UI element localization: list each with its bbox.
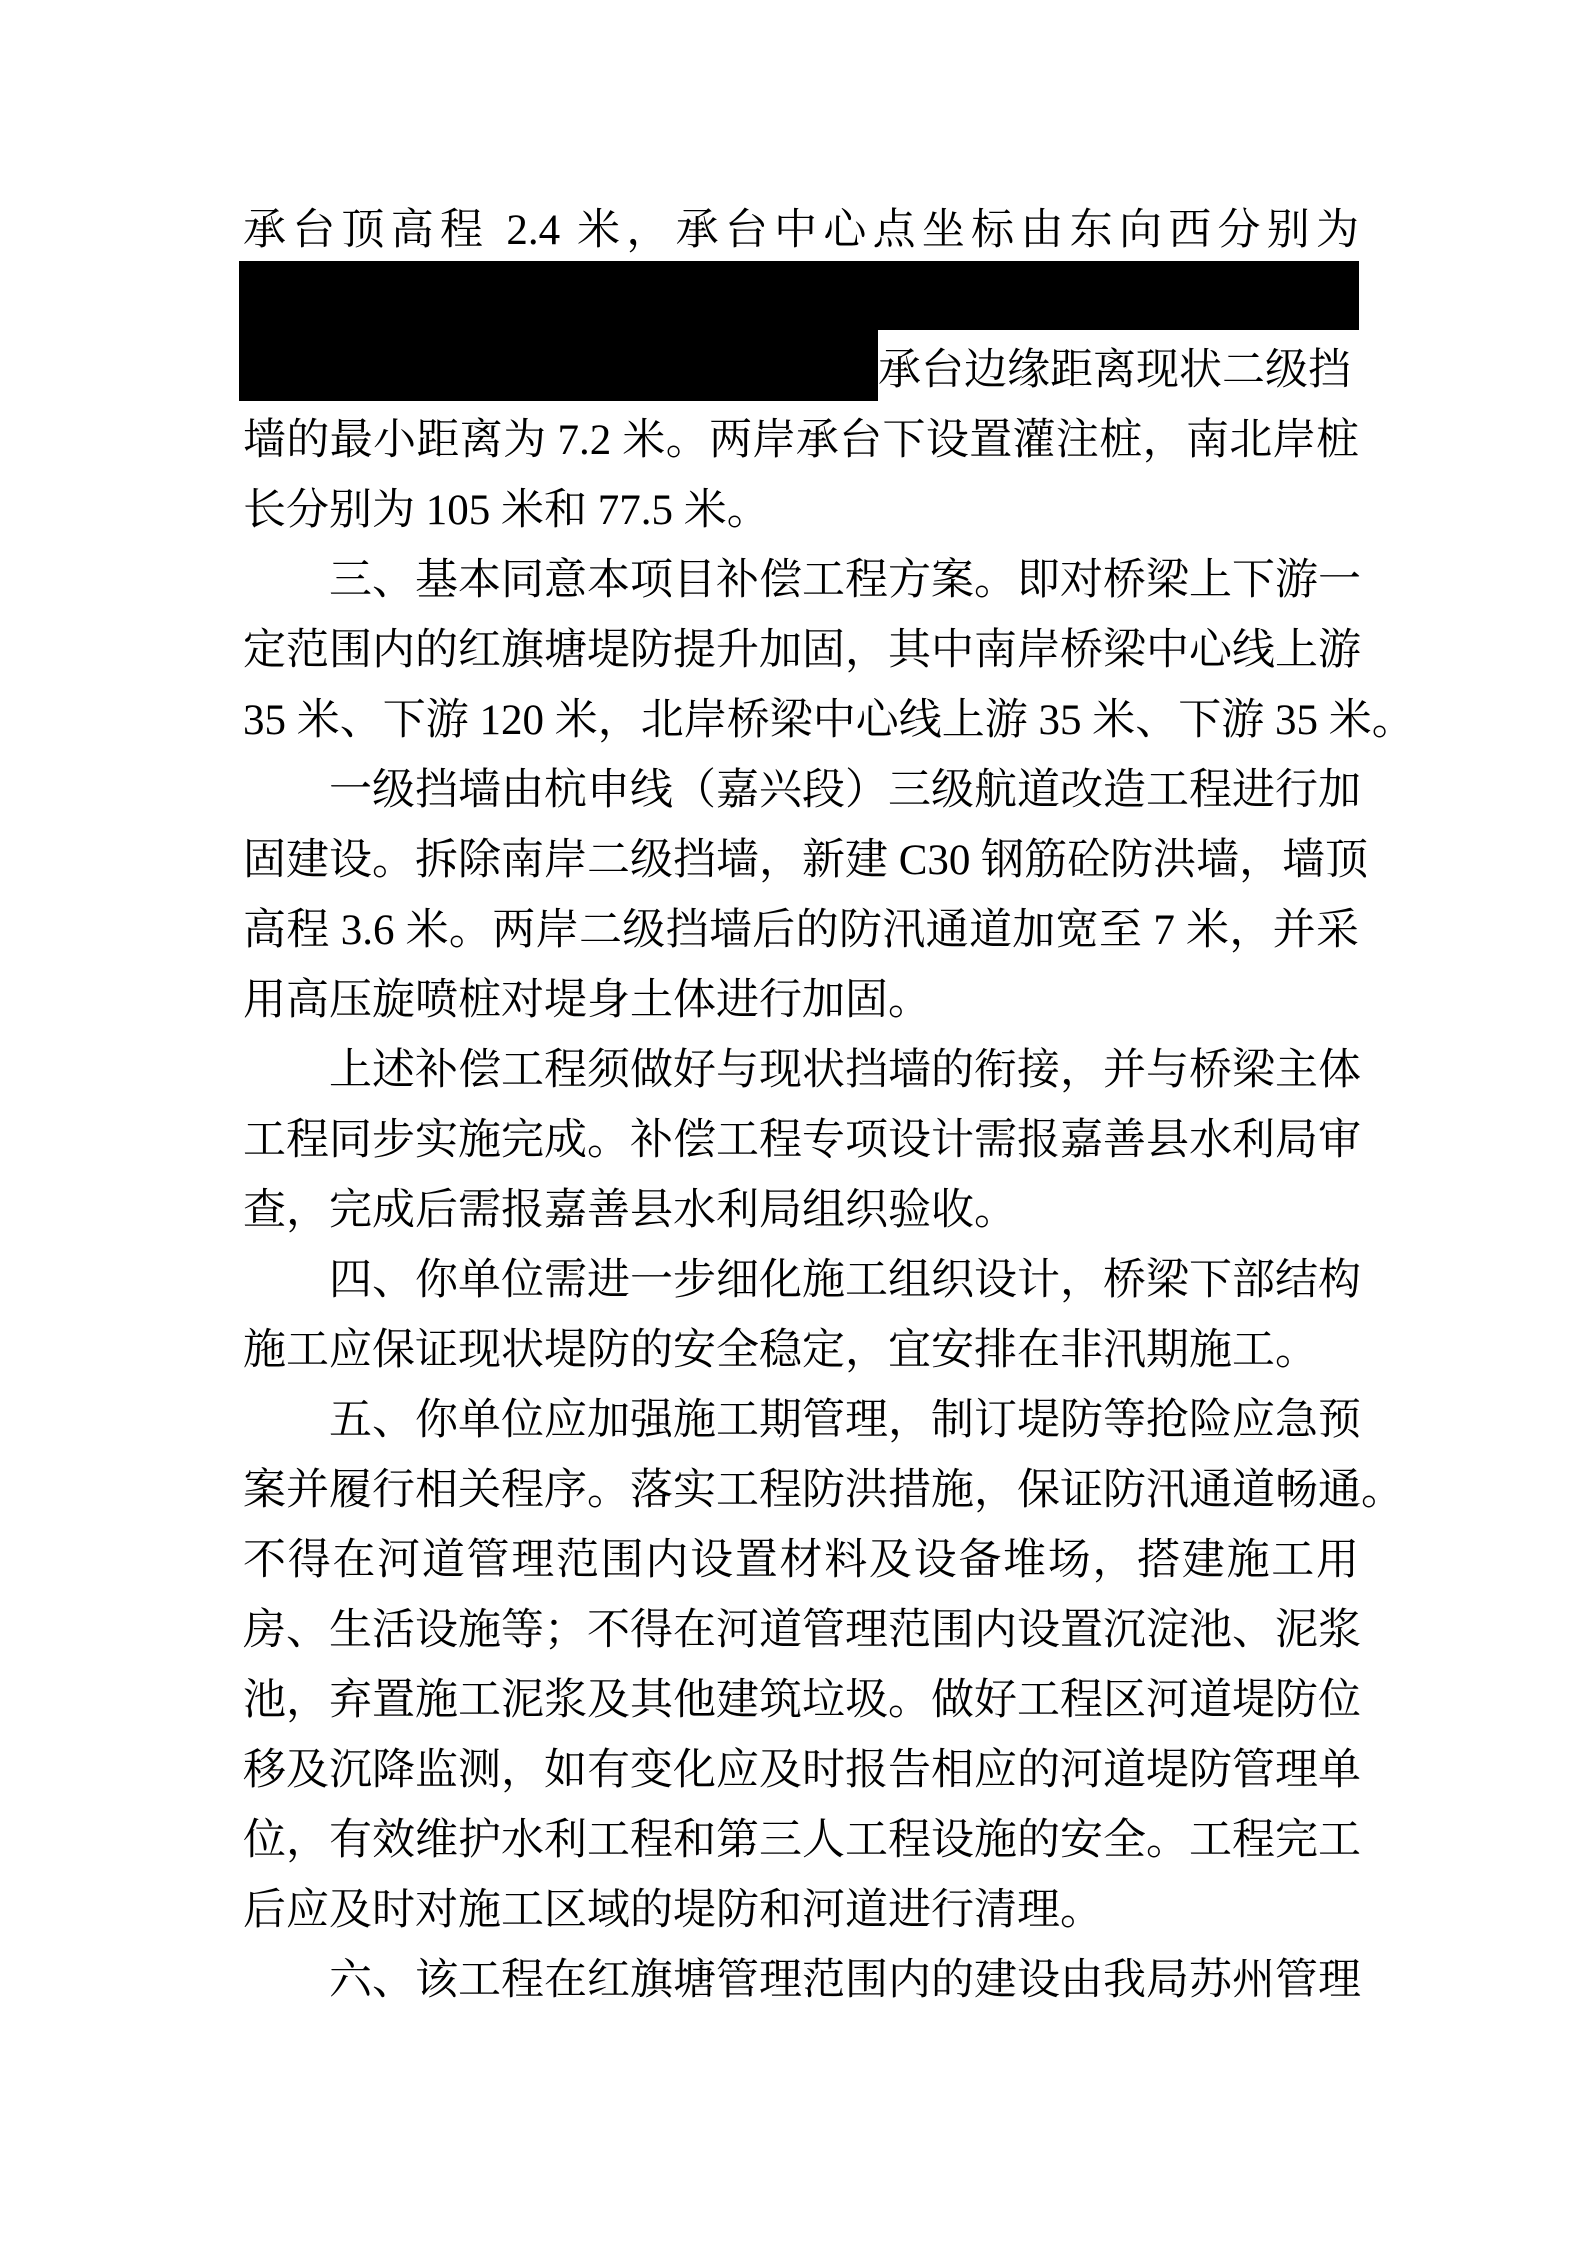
text-line: 35 米、下游 120 米，北岸桥梁中心线上游 35 米、下游 35 米。	[243, 686, 1359, 756]
text-line: 高程 3.6 米。两岸二级挡墙后的防汛通道加宽至 7 米，并采	[243, 896, 1359, 966]
text-line: 后应及时对施工区域的堤防和河道进行清理。	[243, 1876, 1359, 1946]
text-line: 位，有效维护水利工程和第三人工程设施的安全。工程完工	[243, 1806, 1359, 1876]
text-line: 定范围内的红旗塘堤防提升加固，其中南岸桥梁中心线上游	[243, 616, 1359, 686]
text-line: 固建设。拆除南岸二级挡墙，新建 C30 钢筋砼防洪墙，墙顶	[243, 826, 1359, 896]
text-line: 承台顶高程 2.4 米，承台中心点坐标由东向西分别为	[243, 196, 1359, 266]
text-line: 池，弃置施工泥浆及其他建筑垃圾。做好工程区河道堤防位	[243, 1666, 1359, 1736]
document-body: 承台顶高程 2.4 米，承台中心点坐标由东向西分别为承台边缘距离现状二级挡墙的最…	[243, 196, 1359, 2016]
text-line: 上述补偿工程须做好与现状挡墙的衔接，并与桥梁主体	[243, 1036, 1359, 1106]
text-line: 工程同步实施完成。补偿工程专项设计需报嘉善县水利局审	[243, 1106, 1359, 1176]
text-line: 三、基本同意本项目补偿工程方案。即对桥梁上下游一	[243, 546, 1359, 616]
text-line: 移及沉降监测，如有变化应及时报告相应的河道堤防管理单	[243, 1736, 1359, 1806]
text-line: 六、该工程在红旗塘管理范围内的建设由我局苏州管理	[243, 1946, 1359, 2016]
text-line: 查，完成后需报嘉善县水利局组织验收。	[243, 1176, 1359, 1246]
text-line: 施工应保证现状堤防的安全稳定，宜安排在非汛期施工。	[243, 1316, 1359, 1386]
text-line: 不得在河道管理范围内设置材料及设备堆场，搭建施工用	[243, 1526, 1359, 1596]
text-line: 案并履行相关程序。落实工程防洪措施，保证防汛通道畅通。	[243, 1456, 1359, 1526]
document-page: 承台顶高程 2.4 米，承台中心点坐标由东向西分别为承台边缘距离现状二级挡墙的最…	[0, 0, 1587, 2245]
text-line: 五、你单位应加强施工期管理，制订堤防等抢险应急预	[243, 1386, 1359, 1456]
text-line: 墙的最小距离为 7.2 米。两岸承台下设置灌注桩，南北岸桩	[243, 406, 1359, 476]
redacted-text-block-upper	[239, 261, 1359, 330]
text-line: 长分别为 105 米和 77.5 米。	[243, 476, 1359, 546]
text-line: 用高压旋喷桩对堤身土体进行加固。	[243, 966, 1359, 1036]
text-line: 房、生活设施等；不得在河道管理范围内设置沉淀池、泥浆	[243, 1596, 1359, 1666]
text-line: 一级挡墙由杭申线（嘉兴段）三级航道改造工程进行加	[243, 756, 1359, 826]
text-line: 四、你单位需进一步细化施工组织设计，桥梁下部结构	[243, 1246, 1359, 1316]
redacted-text-block-lower	[239, 330, 878, 401]
